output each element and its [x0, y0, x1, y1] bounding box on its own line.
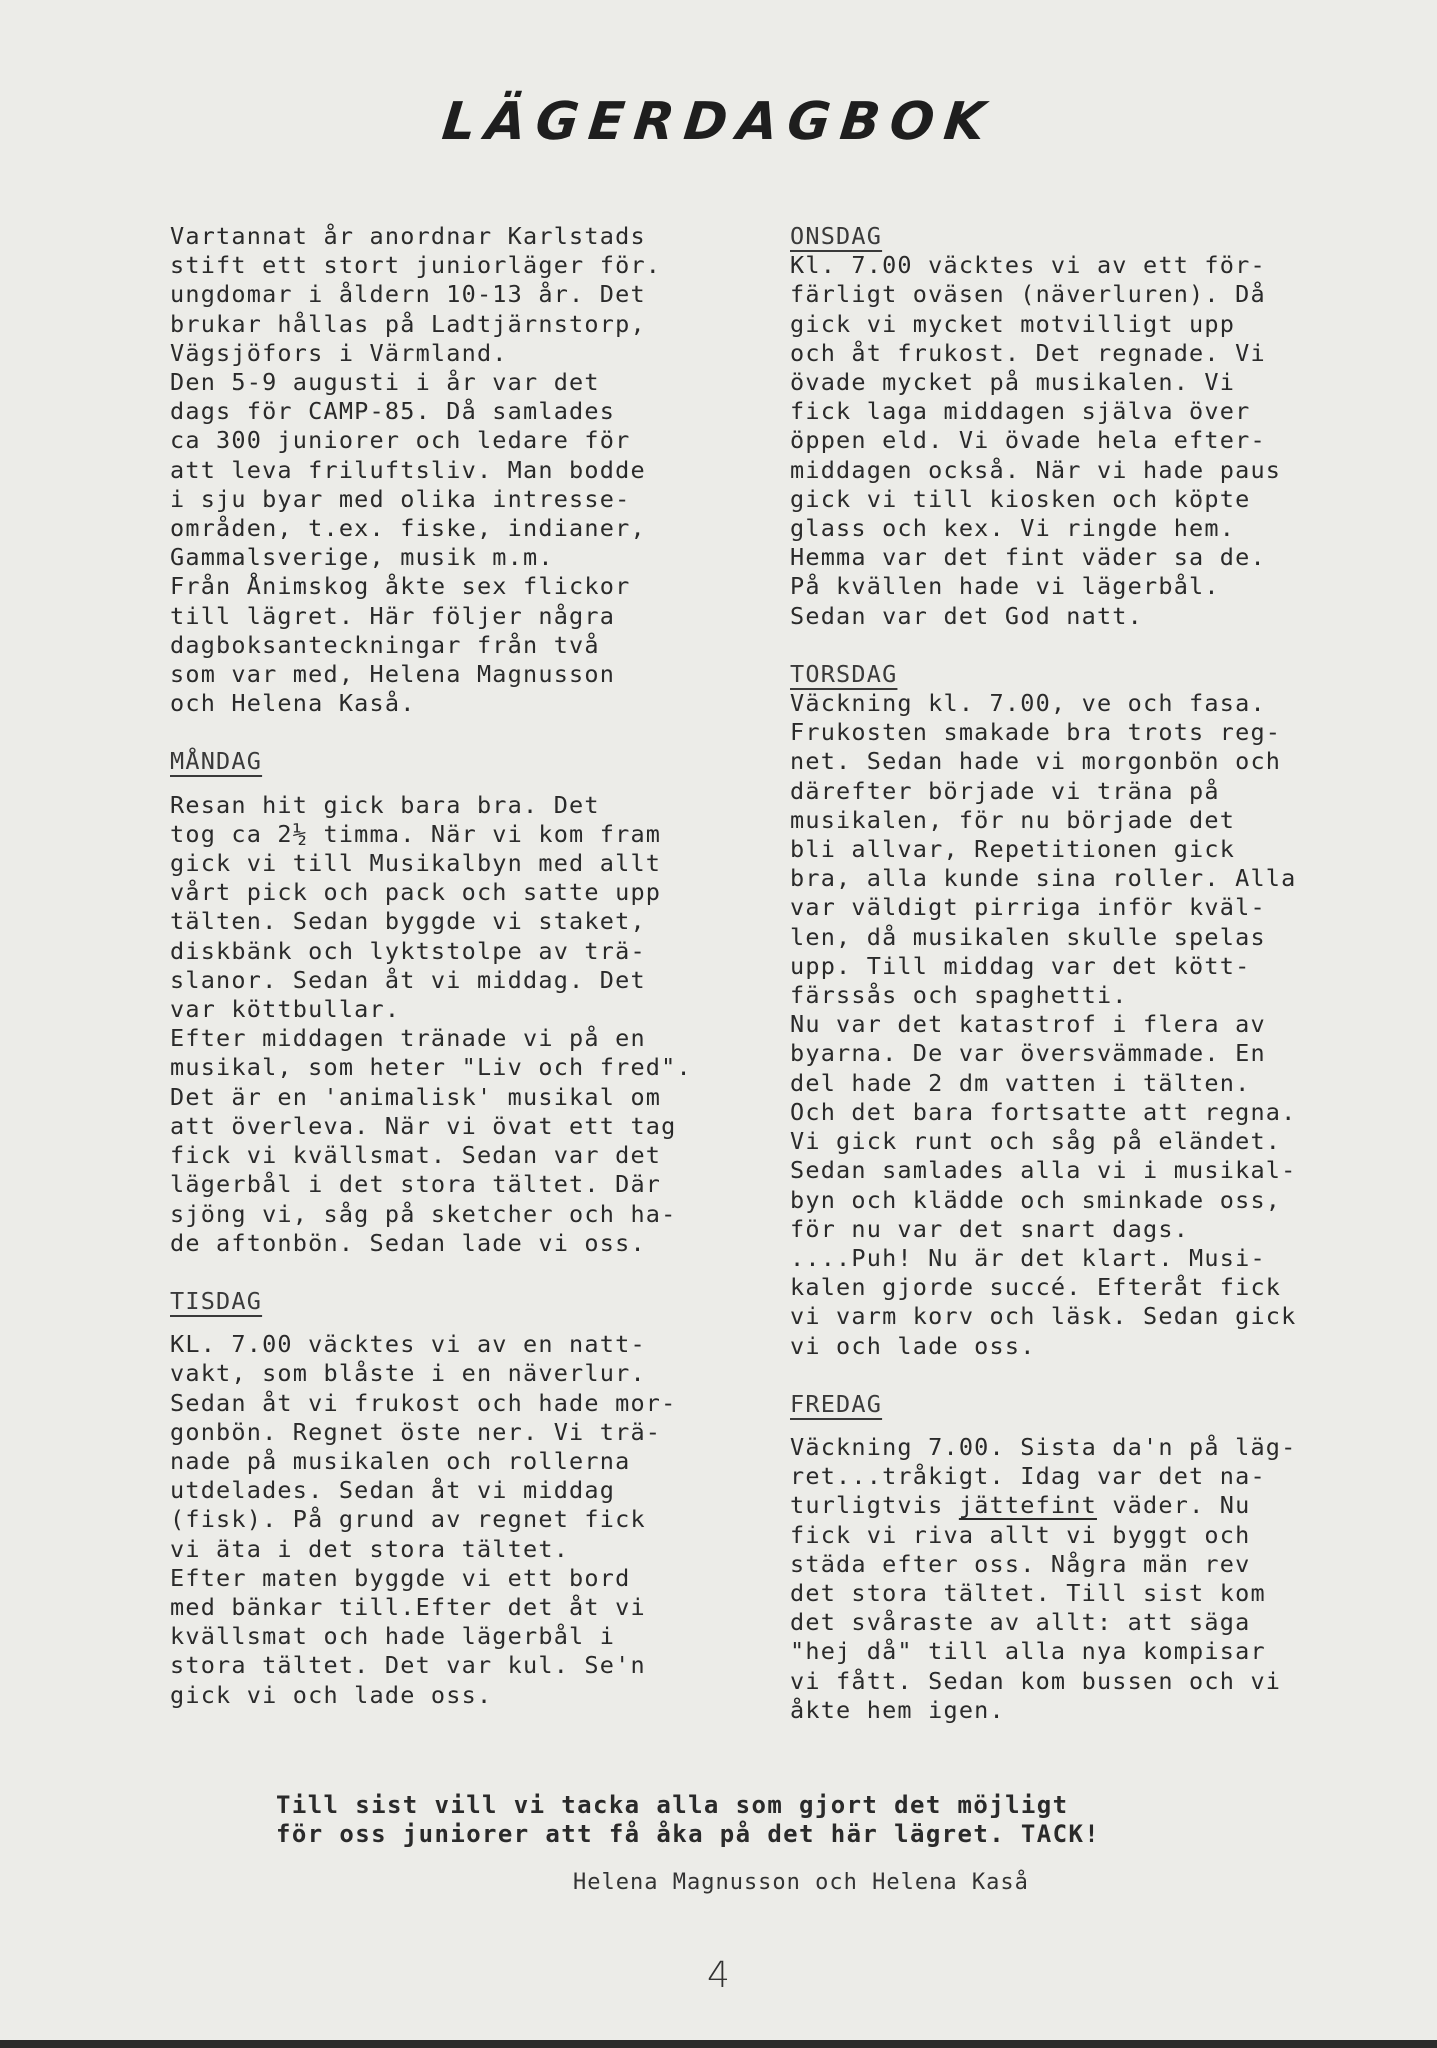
- text-line: gonbön. Regnet öste ner. Vi trä-: [170, 1418, 770, 1447]
- text-line: Gammalsverige, musik m.m.: [170, 543, 770, 572]
- text-line: byarna. De var översvämmade. En: [790, 1039, 1390, 1068]
- text-line: Kl. 7.00 väcktes vi av ett för-: [790, 251, 1390, 280]
- text-line: Frukosten smakade bra trots reg-: [790, 718, 1390, 747]
- text-line: det stora tältet. Till sist kom: [790, 1579, 1390, 1608]
- signature: Helena Magnusson och Helena Kaså: [573, 1870, 1029, 1895]
- text-line: sjöng vi, såg på sketcher och ha-: [170, 1200, 770, 1229]
- text-line: fick vi riva allt vi byggt och: [790, 1521, 1390, 1550]
- text-line: Efter middagen tränade vi på en: [170, 1024, 770, 1053]
- text-line: gick vi mycket motvilligt upp: [790, 310, 1390, 339]
- text-line: stift ett stort juniorläger för.: [170, 251, 770, 280]
- text-line: Sedan samlades alla vi i musikal-: [790, 1156, 1390, 1185]
- text-line: musikal, som heter "Liv och fred".: [170, 1053, 770, 1082]
- text-line: gick vi till kiosken och köpte: [790, 485, 1390, 514]
- text-line: Efter maten byggde vi ett bord: [170, 1564, 770, 1593]
- heading-mandag: MÅNDAG: [170, 747, 262, 776]
- text-line: åkte hem igen.: [790, 1696, 1390, 1725]
- text-line: vakt, som blåste i en näverlur.: [170, 1359, 770, 1388]
- text-line: KL. 7.00 väcktes vi av en natt-: [170, 1330, 770, 1359]
- text-line: ungdomar i åldern 10-13 år. Det: [170, 280, 770, 309]
- text-line: vi äta i det stora tältet.: [170, 1535, 770, 1564]
- intro-paragraph: Vartannat år anordnar Karlstadsstift ett…: [170, 222, 770, 718]
- text-line: brukar hållas på Ladtjärnstorp,: [170, 310, 770, 339]
- text-line: vi och lade oss.: [790, 1332, 1390, 1361]
- text-line: kvällsmat och hade lägerbål i: [170, 1622, 770, 1651]
- text-line: del hade 2 dm vatten i tälten.: [790, 1069, 1390, 1098]
- text-line: lägerbål i det stora tältet. Där: [170, 1170, 770, 1199]
- text-line: färligt oväsen (näverluren). Då: [790, 280, 1390, 309]
- text-line: Från Ånimskog åkte sex flickor: [170, 572, 770, 601]
- text-line: att leva friluftsliv. Man bodde: [170, 456, 770, 485]
- text-line: att överleva. När vi övat ett tag: [170, 1112, 770, 1141]
- heading-torsdag: TORSDAG: [790, 660, 897, 689]
- text-line: för nu var det snart dags.: [790, 1215, 1390, 1244]
- text-line: (fisk). På grund av regnet fick: [170, 1505, 770, 1534]
- text-line: dags för CAMP-85. Då samlades: [170, 397, 770, 426]
- text-line: tälten. Sedan byggde vi staket,: [170, 907, 770, 936]
- text-line: slanor. Sedan åt vi middag. Det: [170, 966, 770, 995]
- torsdag-entry: Väckning kl. 7.00, ve och fasa.Frukosten…: [790, 689, 1390, 1361]
- text-line: ....Puh! Nu är det klart. Musi-: [790, 1244, 1390, 1273]
- fredag-entry: Väckning 7.00. Sista da'n på läg-ret...t…: [790, 1433, 1390, 1725]
- text-line: Vartannat år anordnar Karlstads: [170, 222, 770, 251]
- text-line: Och det bara fortsatte att regna.: [790, 1098, 1390, 1127]
- text-line: för oss juniorer att få åka på det här l…: [276, 1820, 1100, 1849]
- text-line: områden, t.ex. fiske, indianer,: [170, 514, 770, 543]
- text-line: turligtvis jättefint väder. Nu: [790, 1491, 1390, 1520]
- text-line: gick vi och lade oss.: [170, 1681, 770, 1710]
- text-line: Sedan var det God natt.: [790, 602, 1390, 631]
- onsdag-entry: Kl. 7.00 väcktes vi av ett för-färligt o…: [790, 251, 1390, 631]
- text-line: och åt frukost. Det regnade. Vi: [790, 339, 1390, 368]
- text-line: och Helena Kaså.: [170, 689, 770, 718]
- text-line: till lägret. Här följer några: [170, 602, 770, 631]
- text-line: middagen också. När vi hade paus: [790, 456, 1390, 485]
- heading-onsdag: ONSDAG: [790, 222, 882, 251]
- text-line: musikalen, för nu började det: [790, 806, 1390, 835]
- text-line: därefter började vi träna på: [790, 777, 1390, 806]
- text-line: som var med, Helena Magnusson: [170, 660, 770, 689]
- text-line: stora tältet. Det var kul. Se'n: [170, 1651, 770, 1680]
- text-line: bli allvar, Repetitionen gick: [790, 835, 1390, 864]
- text-line: det svåraste av allt: att säga: [790, 1608, 1390, 1637]
- text-line: utdelades. Sedan åt vi middag: [170, 1476, 770, 1505]
- text-line: byn och klädde och sminkade oss,: [790, 1186, 1390, 1215]
- text-line: glass och kex. Vi ringde hem.: [790, 514, 1390, 543]
- right-column: ONSDAG Kl. 7.00 väcktes vi av ett för-fä…: [790, 222, 1390, 1725]
- scan-edge: [0, 2040, 1437, 2048]
- text-line: bra, alla kunde sina roller. Alla: [790, 864, 1390, 893]
- text-line: "hej då" till alla nya kompisar: [790, 1637, 1390, 1666]
- text-line: Vi gick runt och såg på eländet.: [790, 1127, 1390, 1156]
- text-line: gick vi till Musikalbyn med allt: [170, 849, 770, 878]
- text-line: Väckning kl. 7.00, ve och fasa.: [790, 689, 1390, 718]
- text-line: Vägsjöfors i Värmland.: [170, 339, 770, 368]
- text-line: upp. Till middag var det kött-: [790, 952, 1390, 981]
- text-line: Väckning 7.00. Sista da'n på läg-: [790, 1433, 1390, 1462]
- text-line: fick vi kvällsmat. Sedan var det: [170, 1141, 770, 1170]
- text-line: ret...tråkigt. Idag var det na-: [790, 1462, 1390, 1491]
- closing-thanks: Till sist vill vi tacka alla som gjort d…: [276, 1791, 1100, 1849]
- text-line: Sedan åt vi frukost och hade mor-: [170, 1389, 770, 1418]
- text-line: Hemma var det fint väder sa de.: [790, 543, 1390, 572]
- text-line: de aftonbön. Sedan lade vi oss.: [170, 1229, 770, 1258]
- text-line: dagboksanteckningar från två: [170, 631, 770, 660]
- heading-tisdag: TISDAG: [170, 1287, 262, 1316]
- text-line: diskbänk och lyktstolpe av trä-: [170, 937, 770, 966]
- text-line: i sju byar med olika intresse-: [170, 485, 770, 514]
- left-column: Vartannat år anordnar Karlstadsstift ett…: [170, 222, 770, 1710]
- mandag-entry: Resan hit gick bara bra. Dettog ca 2½ ti…: [170, 791, 770, 1258]
- text-line: vi varm korv och läsk. Sedan gick: [790, 1302, 1390, 1331]
- text-line: öppen eld. Vi övade hela efter-: [790, 426, 1390, 455]
- text-line: ca 300 juniorer och ledare för: [170, 426, 770, 455]
- text-line: Resan hit gick bara bra. Det: [170, 791, 770, 820]
- text-line: Det är en 'animalisk' musikal om: [170, 1083, 770, 1112]
- text-line: len, då musikalen skulle spelas: [790, 923, 1390, 952]
- emphasized-word: jättefint: [959, 1491, 1097, 1519]
- page-number: 4: [0, 1955, 1437, 1996]
- tisdag-entry: KL. 7.00 väcktes vi av en natt-vakt, som…: [170, 1330, 770, 1710]
- text-line: nade på musikalen och rollerna: [170, 1447, 770, 1476]
- text-line: vi fått. Sedan kom bussen och vi: [790, 1667, 1390, 1696]
- text-line: net. Sedan hade vi morgonbön och: [790, 747, 1390, 776]
- text-line: På kvällen hade vi lägerbål.: [790, 572, 1390, 601]
- text-line: städa efter oss. Några män rev: [790, 1550, 1390, 1579]
- text-line: vårt pick och pack och satte upp: [170, 878, 770, 907]
- text-line: tog ca 2½ timma. När vi kom fram: [170, 820, 770, 849]
- heading-fredag: FREDAG: [790, 1390, 882, 1419]
- page-title: LÄGERDAGBOK: [0, 92, 1437, 152]
- text-line: kalen gjorde succé. Efteråt fick: [790, 1273, 1390, 1302]
- text-line: var köttbullar.: [170, 995, 770, 1024]
- text-line: med bänkar till.Efter det åt vi: [170, 1593, 770, 1622]
- text-line: Till sist vill vi tacka alla som gjort d…: [276, 1791, 1100, 1820]
- text-line: Den 5-9 augusti i år var det: [170, 368, 770, 397]
- text-line: övade mycket på musikalen. Vi: [790, 368, 1390, 397]
- text-line: fick laga middagen själva över: [790, 397, 1390, 426]
- text-line: färssås och spaghetti.: [790, 981, 1390, 1010]
- text-line: Nu var det katastrof i flera av: [790, 1010, 1390, 1039]
- text-line: var väldigt pirriga inför kväl-: [790, 893, 1390, 922]
